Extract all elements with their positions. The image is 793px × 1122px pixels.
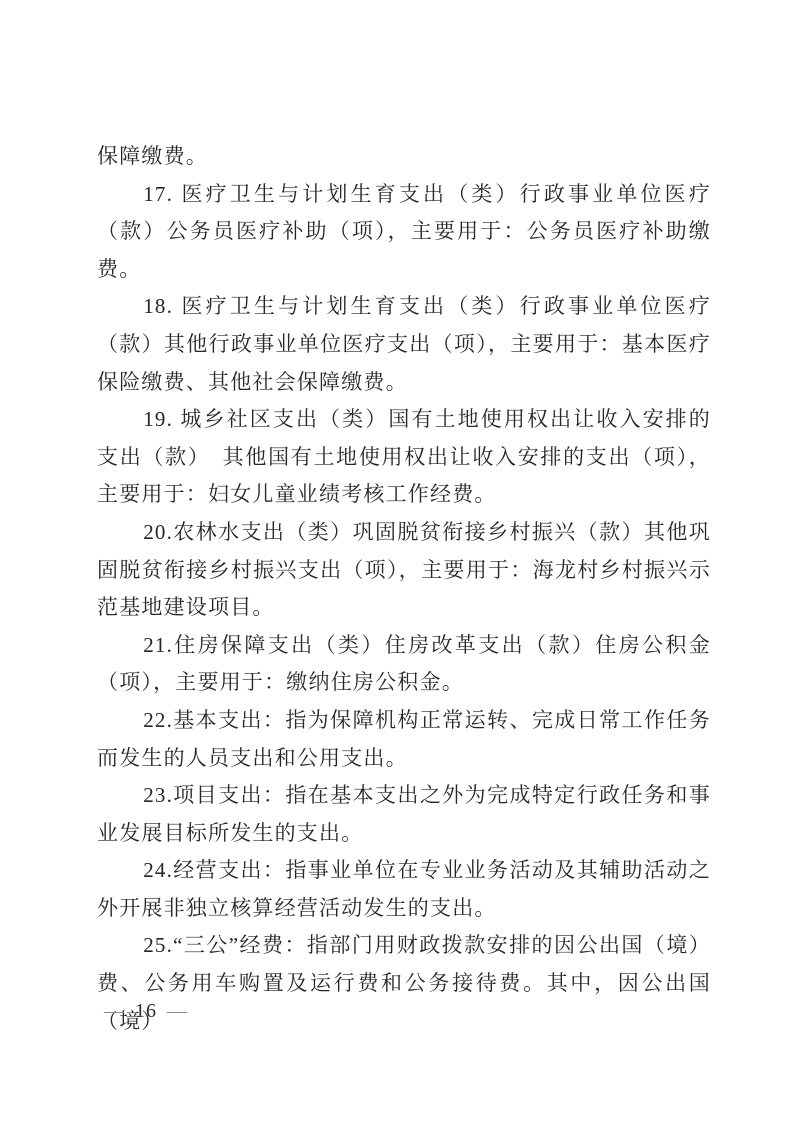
- footer-right-dash: —: [167, 1000, 188, 1022]
- document-page: 保障缴费。 17. 医疗卫生与计划生育支出（类）行政事业单位医疗（款）公务员医疗…: [0, 0, 793, 1122]
- paragraph-item-23: 23.项目支出：指在基本支出之外为完成特定行政任务和事业发展目标所发生的支出。: [97, 777, 711, 852]
- paragraph-item-18: 18. 医疗卫生与计划生育支出（类）行政事业单位医疗（款）其他行政事业单位医疗支…: [97, 288, 711, 401]
- paragraph-item-22: 22.基本支出：指为保障机构正常运转、完成日常工作任务而发生的人员支出和公用支出…: [97, 702, 711, 777]
- paragraph-item-20: 20.农林水支出（类）巩固脱贫衔接乡村振兴（款）其他巩固脱贫衔接乡村振兴支出（项…: [97, 514, 711, 627]
- page-footer: —16—: [104, 1000, 188, 1023]
- paragraph-continuation: 保障缴费。: [97, 138, 711, 176]
- page-number: 16: [125, 1000, 167, 1022]
- paragraph-item-25: 25.“三公”经费：指部门用财政拨款安排的因公出国（境）费、公务用车购置及运行费…: [97, 927, 711, 1040]
- document-body: 保障缴费。 17. 医疗卫生与计划生育支出（类）行政事业单位医疗（款）公务员医疗…: [97, 138, 711, 1040]
- paragraph-item-24: 24.经营支出：指事业单位在专业业务活动及其辅助活动之外开展非独立核算经营活动发…: [97, 852, 711, 927]
- footer-left-dash: —: [104, 1000, 125, 1022]
- paragraph-item-17: 17. 医疗卫生与计划生育支出（类）行政事业单位医疗（款）公务员医疗补助（项），…: [97, 176, 711, 289]
- paragraph-item-19: 19. 城乡社区支出（类）国有土地使用权出让收入安排的支出（款） 其他国有土地使…: [97, 401, 711, 514]
- paragraph-item-21: 21.住房保障支出（类）住房改革支出（款）住房公积金（项），主要用于：缴纳住房公…: [97, 627, 711, 702]
